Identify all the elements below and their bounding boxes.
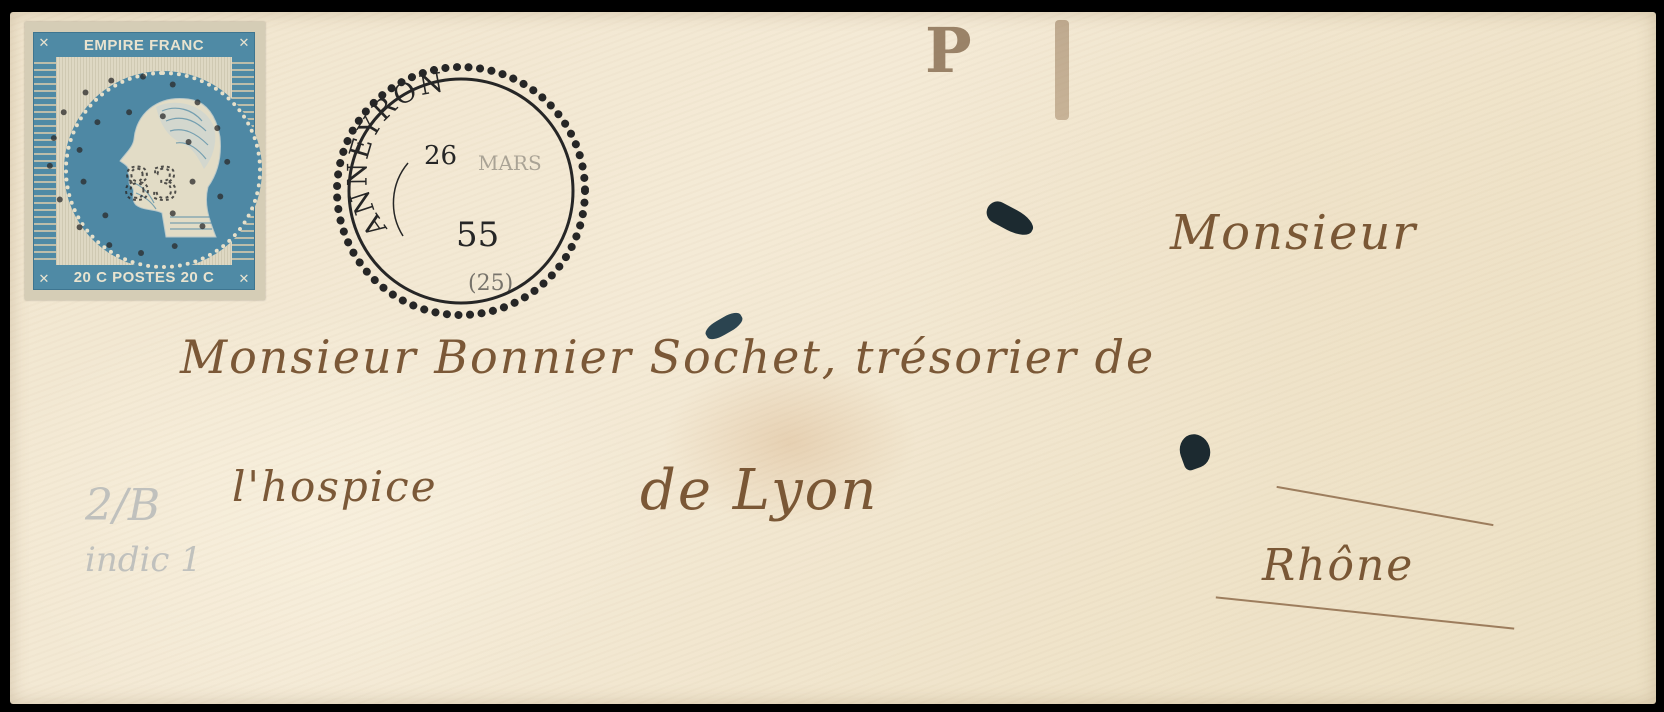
address-line-4: Rhône (1262, 540, 1414, 591)
postmark-month: MARS (478, 151, 542, 175)
address-line-3: de Lyon (640, 458, 878, 523)
postmark-year: 55 (456, 215, 499, 255)
town-datestamp: ANNEYRON 26 MARS 55 (25) (328, 58, 594, 324)
p-handstamp: P (925, 14, 972, 87)
postmark-day: 26 (424, 141, 457, 171)
postage-stamp: EMPIRE FRANC 20 C POSTES 20 C ✕ ✕ ✕ ✕ (25, 22, 265, 300)
pencil-note: 2/B (85, 480, 160, 531)
address-line-2: l'hospice (232, 462, 438, 511)
salutation-text: Monsieur (1170, 205, 1417, 261)
numeral-cancel: 83 (34, 33, 254, 289)
ink-stain (1055, 20, 1069, 120)
stamp-frame: EMPIRE FRANC 20 C POSTES 20 C ✕ ✕ ✕ ✕ (33, 32, 255, 290)
address-line-1: Monsieur Bonnier Sochet, trésorier de (180, 330, 1155, 384)
svg-text:83: 83 (123, 160, 178, 210)
pencil-note: indic 1 (85, 540, 202, 580)
postmark-department: (25) (468, 271, 513, 296)
